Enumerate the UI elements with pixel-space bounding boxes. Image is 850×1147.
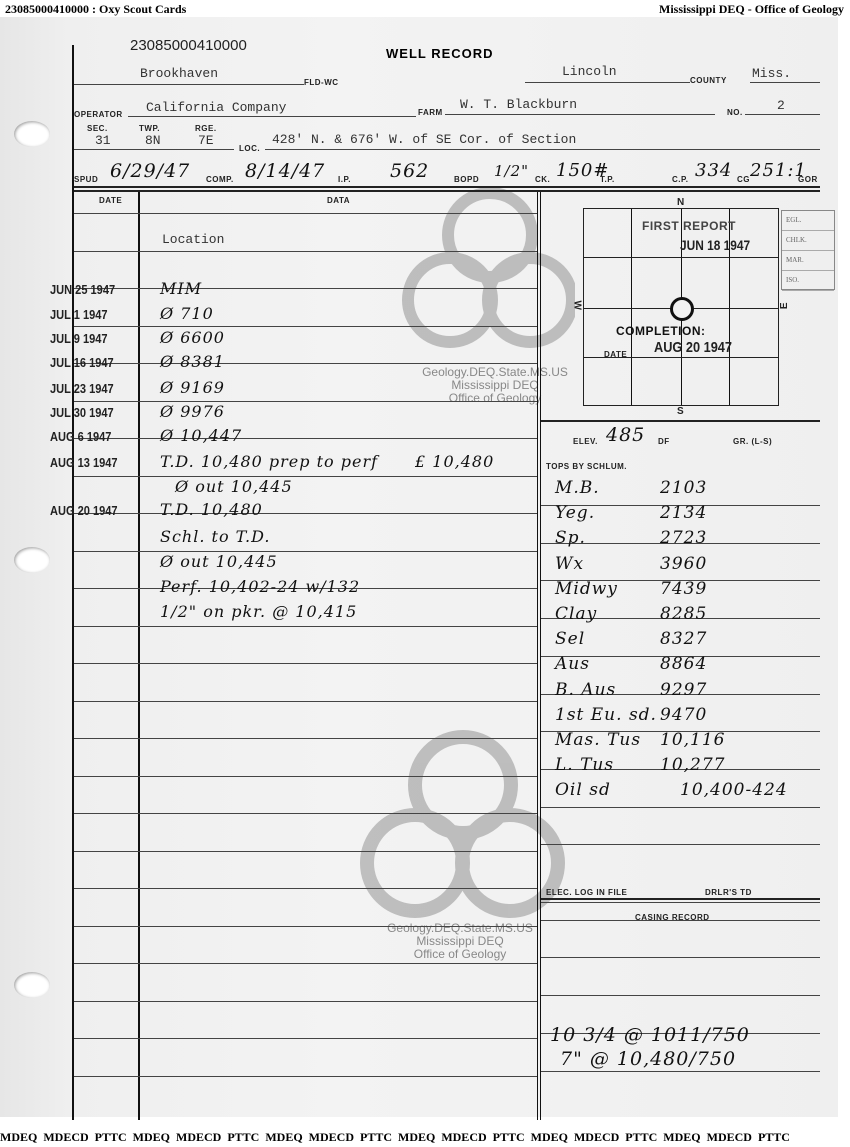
formation-name: Mas. Tus [555, 730, 641, 750]
formation-name: 1st Eu. sd. [555, 705, 657, 725]
field-label: FLD-WC [304, 78, 339, 87]
log-entry: Ø 710 [160, 304, 214, 323]
ruled-line [74, 888, 537, 889]
ruled-line [541, 807, 820, 808]
agency-title: Mississippi DEQ - Office of Geology [659, 2, 844, 17]
api-number: 23085000410000 [130, 37, 247, 54]
ruled-line [74, 813, 537, 814]
formation-name: Wx [555, 554, 584, 574]
county-value: Lincoln [562, 64, 617, 79]
log-date-stamp: AUG 6 1947 [50, 429, 111, 444]
formation-name: Sp. [555, 528, 586, 548]
log-date-stamp: AUG 13 1947 [50, 455, 118, 470]
state-value: Miss. [752, 66, 791, 81]
well-location-icon [670, 297, 694, 321]
ruled-line [74, 776, 537, 777]
ruled-line [74, 963, 537, 964]
gor-label: GOR [798, 175, 818, 184]
ruled-line [74, 738, 537, 739]
formation-depth: 8327 [660, 629, 707, 649]
log-date-stamp: JUN 25 1947 [50, 282, 115, 297]
log-entry-extra: £ 10,480 [415, 452, 494, 471]
ruled-line [74, 926, 537, 927]
binder-hole [14, 547, 50, 573]
ruled-line [541, 844, 820, 845]
formation-depth: 2134 [660, 503, 707, 523]
farm-value: W. T. Blackburn [460, 97, 577, 112]
formation-name: Sel [555, 629, 585, 649]
spud-value: 6/29/47 [110, 160, 190, 182]
record-title: 23085000410000 : Oxy Scout Cards [5, 2, 186, 17]
elev-value: 485 [606, 424, 645, 446]
log-date-stamp: JUL 1 1947 [50, 307, 108, 322]
ruled-line [74, 551, 537, 552]
sec-label: SEC. [87, 124, 108, 133]
log-entry: Ø 9976 [160, 402, 225, 421]
twp-label: TWP. [139, 124, 160, 133]
log-entry: Ø 9169 [160, 378, 225, 397]
date-label: DATE [604, 350, 627, 359]
data-column-header: DATA [327, 196, 350, 205]
checklist-item: CHLK. [782, 231, 834, 251]
ruled-line [74, 401, 537, 402]
formation-name: Yeg. [555, 503, 595, 523]
ruled-line [74, 213, 537, 214]
casing-entry: 7" @ 10,480/750 [560, 1048, 736, 1070]
ip-label: I.P. [338, 175, 351, 184]
ruled-line [74, 701, 537, 702]
deq-logo-watermark-icon [395, 180, 575, 380]
binder-hole [14, 121, 50, 147]
number-label: NO. [727, 108, 743, 117]
log-entry: Ø 6600 [160, 328, 225, 347]
checklist-item: ISO. [782, 271, 834, 291]
number-value: 2 [777, 98, 785, 113]
ruled-line [74, 851, 537, 852]
ruled-line [74, 1001, 537, 1002]
ruled-line [74, 326, 537, 327]
form-title: WELL RECORD [386, 46, 494, 61]
cp-label: C.P. [672, 175, 689, 184]
footer-sponsors: MDEQ MDECD PTTC MDEQ MDECD PTTC MDEQ MDE… [0, 1130, 850, 1145]
farm-label: FARM [418, 108, 443, 117]
completion-date: AUG 20 1947 [654, 339, 732, 356]
map-south-label: S [677, 406, 684, 417]
formation-depth: 2723 [660, 528, 707, 548]
operator-label: OPERATOR [74, 110, 123, 119]
ip-value: 562 [390, 160, 429, 182]
ruled-line [74, 363, 537, 364]
comp-label: COMP. [206, 175, 234, 184]
ruled-line [74, 438, 537, 439]
formation-name: M.B. [555, 478, 600, 498]
formation-depth: 2103 [660, 478, 707, 498]
casing-record-label: CASING RECORD [635, 913, 710, 922]
ruled-line [74, 513, 537, 514]
formation-depth: 9470 [660, 705, 707, 725]
formation-depth: 9297 [660, 680, 707, 700]
formation-depth: 10,116 [660, 730, 725, 750]
binder-hole [14, 972, 50, 998]
field-value: Brookhaven [140, 66, 218, 81]
gr-label: GR. (L-S) [733, 437, 772, 446]
ruled-line [74, 663, 537, 664]
county-label: COUNTY [690, 76, 727, 85]
cp-value: 334 [695, 160, 732, 181]
formation-name: Aus [555, 654, 590, 674]
map-west-label: W [571, 301, 582, 311]
section-map: FIRST REPORT JUN 18 1947 COMPLETION: AUG… [583, 208, 779, 406]
map-north-label: N [677, 197, 685, 208]
tops-label: TOPS BY SCHLUM. [546, 462, 627, 471]
log-entry: MIM [160, 279, 202, 298]
map-east-label: E [779, 302, 790, 309]
operator-value: California Company [146, 100, 286, 115]
formation-name: Midwy [555, 579, 618, 599]
log-date-stamp: JUL 23 1947 [50, 381, 114, 396]
watermark-text: Geology.DEQ.State.MS.US Mississippi DEQ … [395, 366, 595, 405]
formation-depth: 10,400-424 [680, 780, 788, 800]
ruled-line [541, 957, 820, 958]
formation-depth: 8864 [660, 654, 707, 674]
log-entry: T.D. 10,480 prep to perf [160, 452, 378, 471]
sec-value: 31 [95, 133, 111, 148]
formation-name: B. Aus [555, 680, 616, 700]
first-report-label: FIRST REPORT [642, 219, 736, 233]
log-date-stamp: JUL 16 1947 [50, 355, 114, 370]
ruled-line [541, 1071, 820, 1072]
comp-value: 8/14/47 [245, 160, 325, 182]
df-label: DF [658, 437, 670, 446]
ruled-line [74, 1038, 537, 1039]
ck-label: CK. [535, 175, 550, 184]
loc-label: LOC. [239, 144, 260, 153]
ruled-line [74, 1076, 537, 1077]
bopd-value: 1/2" [494, 162, 529, 180]
log-date-stamp: AUG 20 1947 [50, 503, 118, 518]
loc-value: 428' N. & 676' W. of SE Cor. of Section [272, 132, 576, 147]
formation-depth: 3960 [660, 554, 707, 574]
formation-name: L. Tus [555, 755, 614, 775]
ruled-line [541, 995, 820, 996]
tp-label: T.P. [600, 175, 615, 184]
log-entry: Ø out 10,445 [160, 552, 278, 571]
checklist-item: MAR. [782, 251, 834, 271]
log-entry: T.D. 10,480 [160, 500, 263, 519]
log-entry: Ø 10,447 [160, 426, 242, 445]
completion-label: COMPLETION: [616, 324, 706, 338]
date-column-header: DATE [99, 196, 122, 205]
drlr-td-label: DRLR'S TD [705, 888, 752, 897]
formation-depth: 8285 [660, 604, 707, 624]
log-date-stamp: JUL 30 1947 [50, 405, 114, 420]
formation-name: Oil sd [555, 780, 611, 800]
log-entry: 1/2" on pkr. @ 10,415 [160, 602, 357, 621]
ruled-line [74, 251, 537, 252]
formation-name: Clay [555, 604, 597, 624]
formation-depth: 7439 [660, 579, 707, 599]
formation-depth: 10,277 [660, 755, 725, 775]
ruled-line [74, 288, 537, 289]
deq-logo-watermark-icon [355, 725, 565, 925]
log-entry: Schl. to T.D. [160, 527, 270, 546]
elec-log-label: ELEC. LOG IN FILE [546, 888, 627, 897]
checklist-item: EGL. [782, 211, 834, 231]
log-entry: Ø out 10,445 [175, 477, 293, 496]
bopd-label: BOPD [454, 175, 479, 184]
ruled-line [74, 626, 537, 627]
log-entry: Location [162, 232, 224, 247]
casing-entry: 10 3/4 @ 1011/750 [550, 1024, 750, 1046]
twp-value: 8N [145, 133, 161, 148]
cg-label: CG [737, 175, 750, 184]
ruled-line [74, 476, 537, 477]
log-date-stamp: JUL 9 1947 [50, 331, 108, 346]
page-header: 23085000410000 : Oxy Scout Cards Mississ… [0, 0, 850, 18]
log-entry: Perf. 10,402-24 w/132 [160, 577, 360, 596]
rge-label: RGE. [195, 124, 217, 133]
rge-value: 7E [198, 133, 214, 148]
first-report-date: JUN 18 1947 [680, 237, 750, 253]
spud-label: SPUD [74, 175, 98, 184]
log-entry: Ø 8381 [160, 352, 225, 371]
watermark-text: Geology.DEQ.State.MS.US Mississippi DEQ … [355, 922, 565, 961]
checklist-stamp: EGL.CHLK.MAR.ISO. [781, 210, 835, 290]
elev-label: ELEV. [573, 437, 598, 446]
